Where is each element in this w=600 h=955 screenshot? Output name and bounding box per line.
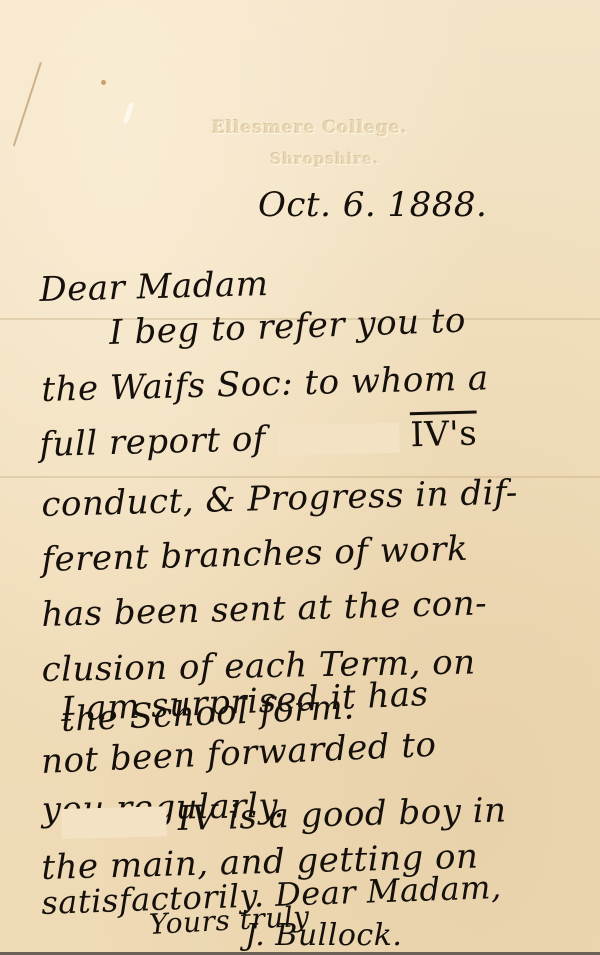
signature: J. Bullock.	[245, 918, 402, 953]
letter-page: Ellesmere College. Shropshire. Oct. 6. 1…	[0, 0, 600, 955]
body-line: I beg to refer you to	[109, 301, 467, 353]
body-text: IV's	[410, 414, 478, 456]
body-line: the Waifs Soc: to whom a	[41, 358, 489, 410]
letter-date: Oct. 6. 1888.	[258, 185, 487, 225]
letterhead-institution: Ellesmere College.	[0, 118, 600, 138]
body-line: conduct, & Progress in dif-	[41, 473, 518, 525]
redacted-name	[277, 423, 400, 456]
salutation: Dear Madam	[39, 264, 269, 310]
foxing-stain	[101, 80, 106, 85]
body-text: IV is a good boy in	[177, 790, 507, 839]
letterhead-county: Shropshire.	[0, 150, 600, 168]
body-line: full report of IV's	[39, 414, 478, 465]
body-text: full report of	[39, 419, 266, 465]
body-line: has been sent at the con-	[41, 583, 488, 635]
body-line: ferent branches of work	[41, 529, 469, 580]
redacted-name	[61, 806, 167, 839]
